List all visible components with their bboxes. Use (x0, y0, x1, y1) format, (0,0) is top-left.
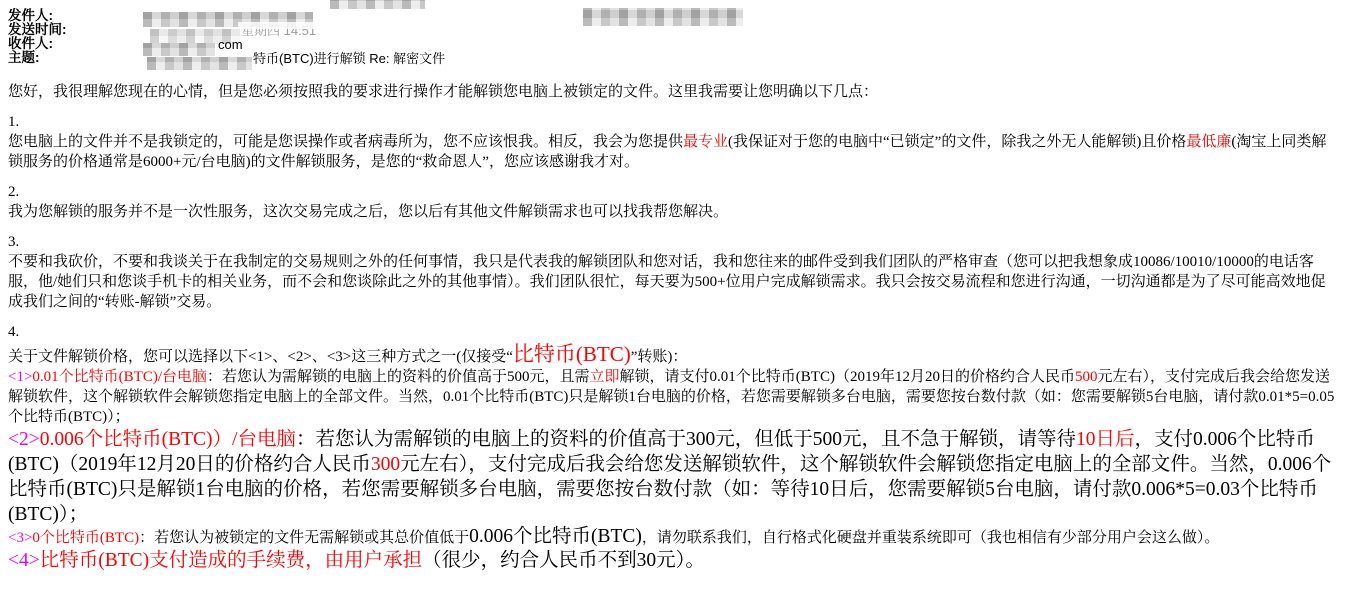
subject-label: 主题: (8, 51, 40, 65)
section-1-red-most-professional: 最专业 (683, 134, 728, 150)
option-1-text-2: 解锁，请支付0.01个比特币(BTC)（2019年12月20日的价格约合人民币 (620, 369, 1075, 385)
option-2-red-300: 300 (371, 454, 400, 475)
option-3-text-2: ，请勿联系我们，自行格式化硬盘并重装系统即可（我也相信有少部分用户会这么做）。 (642, 530, 1220, 546)
recipient-domain-text: com (218, 38, 243, 52)
sender-label: 发件人: (8, 9, 53, 23)
section-2-number: 2. (8, 182, 1338, 202)
email-header: 发件人: 发送时间: 收件人: 主题: 星期四 14:51 com 特币(BTC… (0, 0, 1346, 78)
email-message-view: { "colors": { "red": "#ff0000", "magenta… (0, 0, 1346, 593)
greeting-paragraph: 您好，我很理解您现在的心情，但是您必须按照我的要求进行操作才能解锁您电脑上被锁定… (8, 82, 1338, 102)
option-1-price-lead: 0.01个比特币(BTC)/台电脑 (32, 369, 207, 385)
redaction-mosaic-subject (147, 57, 252, 70)
email-body: 您好，我很理解您现在的心情，但是您必须按照我的要求进行操作才能解锁您电脑上被锁定… (0, 78, 1346, 573)
section-3-paragraph: 不要和我砍价，不要和我谈关于在我制定的交易规则之外的任何事情，我只是代表我的解锁… (8, 252, 1338, 312)
subject-partial-text: 特币(BTC)进行解锁 Re: 解密文件 (253, 52, 445, 66)
option-4-paragraph: <4>比特币(BTC)支付造成的手续费，由用户承担（很少，约合人民币不到30元）… (8, 548, 1338, 573)
greeting-text: 您好，我很理解您现在的心情，但是您必须按照我的要求进行操作才能解锁您电脑上被锁定… (8, 84, 878, 100)
option-1-red-500: 500 (1075, 369, 1098, 385)
option-3-price-lead: 0个比特币(BTC) (32, 530, 139, 546)
section-4-intro-text: 关于文件解锁价格，您可以选择以下<1>、<2>、<3>这三种方式之一(仅接受“ (8, 349, 513, 365)
option-2-red-10-days: 10日后 (1076, 429, 1135, 450)
option-2-paragraph: <2>0.006个比特币(BTC)）/台电脑：若您认为需解锁的电脑上的资料的价值… (8, 427, 1338, 527)
option-2-price-lead: 0.006个比特币(BTC)）/台电脑 (40, 429, 296, 450)
option-1-red-immediately: 立即 (590, 369, 620, 385)
sent-time-label: 发送时间: (8, 23, 67, 37)
redaction-mosaic-recipient (143, 43, 215, 56)
option-3-big-amount: 0.006个比特币(BTC) (469, 526, 642, 547)
section-3: 3. 不要和我砍价，不要和我谈关于在我制定的交易规则之外的任何事情，我只是代表我… (8, 232, 1338, 312)
recipient-label: 收件人: (8, 37, 53, 51)
redaction-mosaic-sender-right (583, 8, 743, 26)
section-1-text: 您电脑上的文件并不是我锁定的，可能是您误操作或者病毒所为，您不应该恨我。相反，我… (8, 134, 683, 150)
option-3-bracket: <3> (8, 530, 32, 546)
section-1-paragraph: 您电脑上的文件并不是我锁定的，可能是您误操作或者病毒所为，您不应该恨我。相反，我… (8, 132, 1338, 172)
section-1-text-2: (我保证对于您的电脑中“已锁定”的文件，除我之外无人能解锁)且价格 (728, 134, 1186, 150)
option-1-paragraph: <1>0.01个比特币(BTC)/台电脑：若您认为需解锁的电脑上的资料的价值高于… (8, 367, 1338, 427)
section-4-bitcoin-red: 比特币(BTC) (513, 342, 631, 366)
option-3-paragraph: <3>0个比特币(BTC)：若您认为被锁定的文件无需解锁或其总价值低于0.006… (8, 527, 1338, 548)
section-4-intro: 关于文件解锁价格，您可以选择以下<1>、<2>、<3>这三种方式之一(仅接受“比… (8, 342, 1338, 367)
section-2: 2. 我为您解锁的服务并不是一次性服务，这次交易完成之后，您以后有其他文件解锁需… (8, 182, 1338, 222)
section-2-paragraph: 我为您解锁的服务并不是一次性服务，这次交易完成之后，您以后有其他文件解锁需求也可… (8, 202, 1338, 222)
sent-time-blur-streak (238, 22, 346, 29)
section-3-number: 3. (8, 232, 1338, 252)
section-3-text: 不要和我砍价，不要和我谈关于在我制定的交易规则之外的任何事情，我只是代表我的解锁… (8, 254, 1326, 310)
option-4-bracket: <4> (8, 550, 40, 571)
option-1-text: ：若您认为需解锁的电脑上的资料的价值高于500元，且需 (207, 369, 590, 385)
section-1-red-cheapest: 最低廉 (1186, 134, 1231, 150)
option-3-text: ：若您认为被锁定的文件无需解锁或其总价值低于 (139, 530, 469, 546)
section-4-number: 4. (8, 322, 1338, 342)
redaction-mosaic-top (330, 0, 425, 9)
section-4: 4. 关于文件解锁价格，您可以选择以下<1>、<2>、<3>这三种方式之一(仅接… (8, 322, 1338, 573)
section-1-number: 1. (8, 112, 1338, 132)
option-4-text: （很少，约合人民币不到30元）。 (422, 550, 705, 571)
section-1: 1. 您电脑上的文件并不是我锁定的，可能是您误操作或者病毒所为，您不应该恨我。相… (8, 112, 1338, 172)
option-2-bracket: <2> (8, 429, 40, 450)
option-4-fee-lead: 比特币(BTC)支付造成的手续费，由用户承担 (40, 550, 422, 571)
option-2-text: ：若您认为需解锁的电脑上的资料的价值高于300元，但低于500元，且不急于解锁，… (296, 429, 1076, 450)
section-2-text: 我为您解锁的服务并不是一次性服务，这次交易完成之后，您以后有其他文件解锁需求也可… (8, 204, 728, 220)
option-1-bracket: <1> (8, 369, 32, 385)
section-4-intro-text-2: ”转账)： (631, 349, 688, 365)
